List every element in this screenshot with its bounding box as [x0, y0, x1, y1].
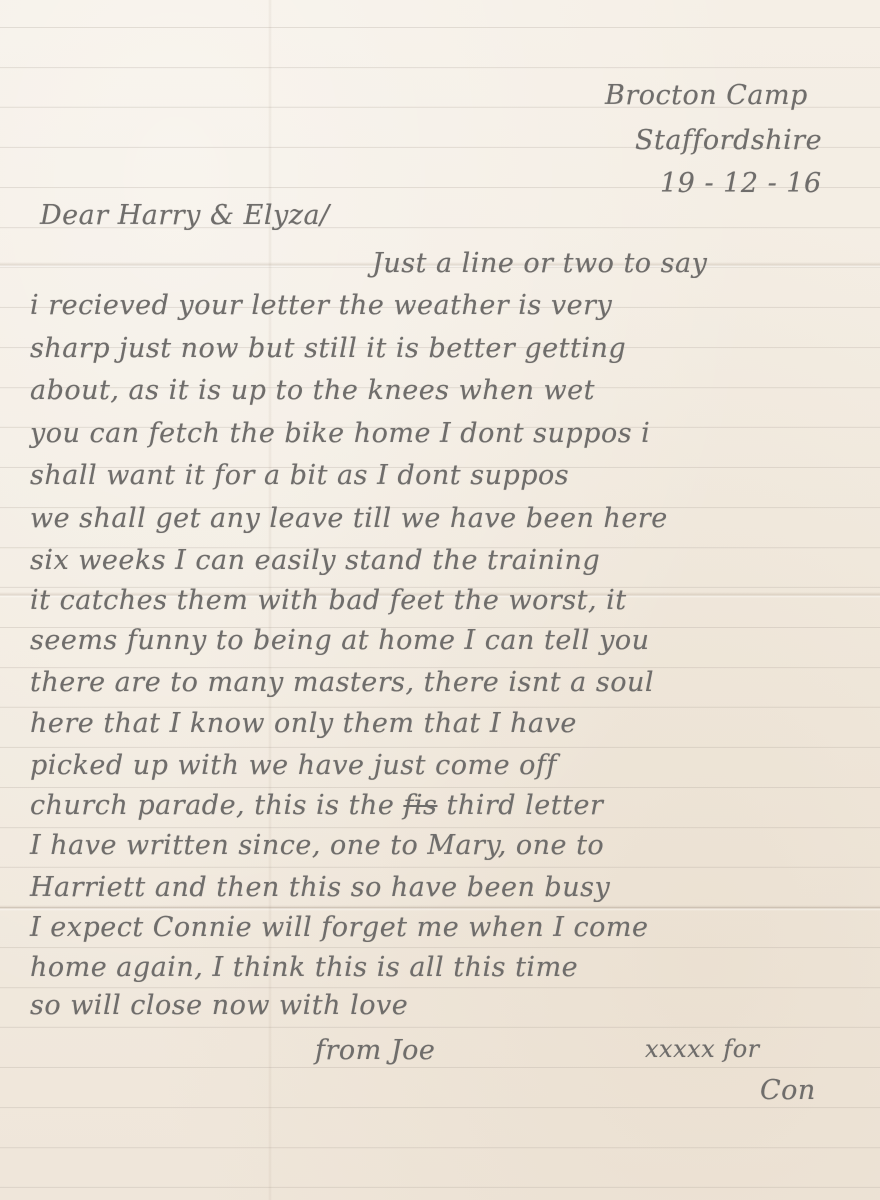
letter-line: Harriett and then this so have been busy	[30, 872, 610, 903]
letter-line: church parade, this is the fis third let…	[30, 790, 603, 821]
letter-line: home again, I think this is all this tim…	[30, 952, 578, 983]
letter-line: I expect Connie will forget me when I co…	[30, 912, 648, 943]
letter-line: we shall get any leave till we have been…	[30, 503, 668, 534]
kisses-recipient: Con	[760, 1075, 816, 1106]
letter-line: seems funny to being at home I can tell …	[30, 625, 650, 656]
salutation: Dear Harry & Elyza/	[40, 200, 330, 231]
address-place: Brocton Camp	[605, 80, 808, 111]
letter-line: i recieved your letter the weather is ve…	[30, 290, 612, 321]
letter-line: about, as it is up to the knees when wet	[30, 375, 595, 406]
letter-line: six weeks I can easily stand the trainin…	[30, 545, 600, 576]
letter-line: picked up with we have just come off	[30, 750, 557, 781]
closing-signature: from Joe	[315, 1035, 435, 1066]
letter-line: it catches them with bad feet the worst,…	[30, 585, 627, 616]
address-county: Staffordshire	[635, 125, 822, 156]
kisses: xxxxx for	[645, 1035, 760, 1063]
letter-line: so will close now with love	[30, 990, 408, 1021]
letter-line: I have written since, one to Mary, one t…	[30, 830, 604, 861]
letter-line-text: church parade, this is the	[30, 790, 394, 821]
letter-date: 19 - 12 - 16	[660, 168, 822, 199]
letter-line-text: third letter	[447, 790, 604, 821]
letter-line: there are to many masters, there isnt a …	[30, 667, 654, 698]
letter-line: shall want it for a bit as I dont suppos	[30, 460, 569, 491]
letter-line: you can fetch the bike home I dont suppo…	[30, 418, 650, 449]
letter-line: Just a line or two to say	[372, 248, 707, 279]
letter-line: sharp just now but still it is better ge…	[30, 333, 626, 364]
letter-line: here that I know only them that I have	[30, 708, 577, 739]
fold-crease	[0, 905, 880, 911]
letter-page: Brocton Camp Staffordshire 19 - 12 - 16 …	[0, 0, 880, 1200]
struck-word: fis	[403, 790, 437, 821]
